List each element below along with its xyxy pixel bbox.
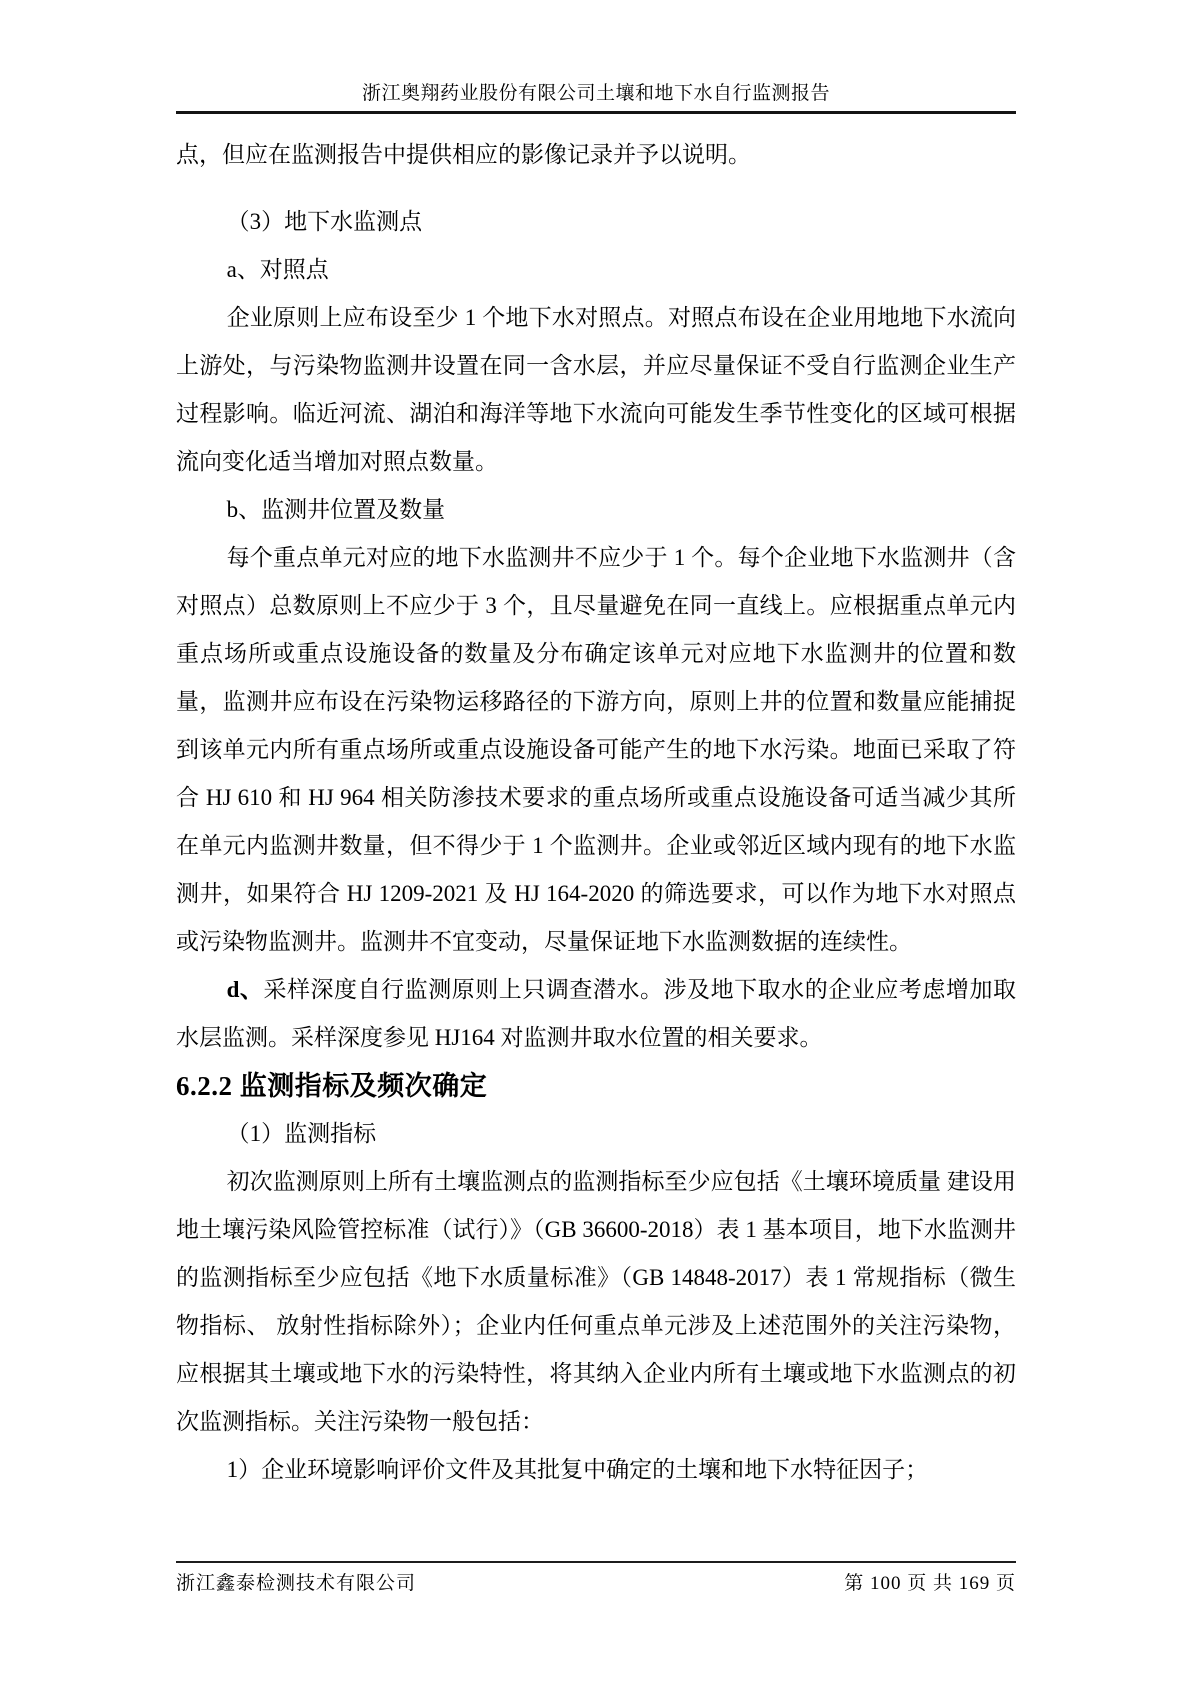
section-6-2-2-heading: 6.2.2 监测指标及频次确定	[176, 1062, 1016, 1110]
document-body: 点，但应在监测报告中提供相应的影像记录并予以说明。 （3）地下水监测点 a、对照…	[176, 131, 1016, 1494]
header-title: 浙江奥翔药业股份有限公司土壤和地下水自行监测报告	[176, 82, 1016, 106]
subheading-a-duizhaodian: a、对照点	[176, 246, 1016, 294]
paragraph-d-text: 采样深度自行监测原则上只调查潜水。涉及地下取水的企业应考虑增加取水层监测。采样深…	[176, 977, 1016, 1050]
paragraph-continuation: 点，但应在监测报告中提供相应的影像记录并予以说明。	[176, 131, 1016, 179]
header-divider	[176, 111, 1016, 114]
page-footer: 浙江鑫泰检测技术有限公司 第 100 页 共 169 页	[176, 1561, 1016, 1597]
document-page: 浙江奥翔药业股份有限公司土壤和地下水自行监测报告 点，但应在监测报告中提供相应的…	[0, 0, 1199, 1696]
subheading-1-monitoring-indicators: （1）监测指标	[176, 1110, 1016, 1158]
footer-divider	[176, 1561, 1016, 1563]
paragraph-a-control-point: 企业原则上应布设至少 1 个地下水对照点。对照点布设在企业用地地下水流向上游处，…	[176, 294, 1016, 486]
paragraph-b-well-rules: 每个重点单元对应的地下水监测井不应少于 1 个。每个企业地下水监测井（含对照点）…	[176, 534, 1016, 966]
list-item-1-eia-factors: 1）企业环境影响评价文件及其批复中确定的土壤和地下水特征因子；	[176, 1446, 1016, 1494]
paragraph-d-sampling-depth: d、采样深度自行监测原则上只调查潜水。涉及地下取水的企业应考虑增加取水层监测。采…	[176, 966, 1016, 1062]
subsection-3-heading: （3）地下水监测点	[176, 198, 1016, 246]
subheading-b-well-position: b、监测井位置及数量	[176, 486, 1016, 534]
paragraph-d-lead: d、	[227, 977, 264, 1002]
footer-page-number: 第 100 页 共 169 页	[844, 1571, 1016, 1597]
paragraph-1-indicator-requirements: 初次监测原则上所有土壤监测点的监测指标至少应包括《土壤环境质量 建设用地土壤污染…	[176, 1158, 1016, 1446]
footer-company-name: 浙江鑫泰检测技术有限公司	[176, 1571, 416, 1597]
